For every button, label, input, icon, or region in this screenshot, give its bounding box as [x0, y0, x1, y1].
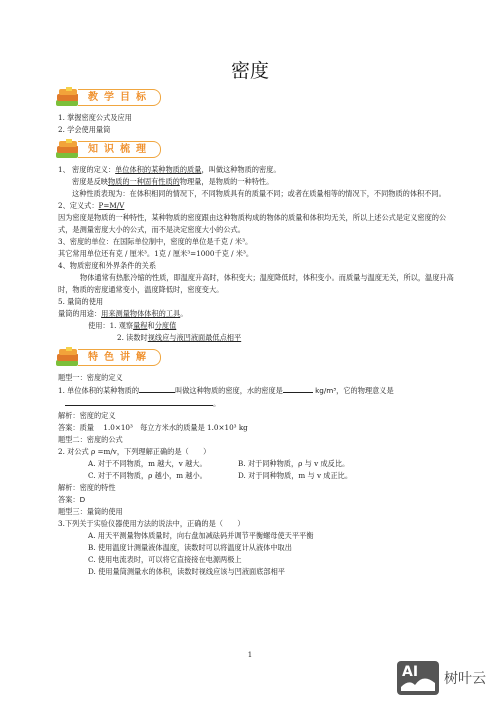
text: kg/m³，它的物理意义是	[313, 386, 394, 395]
text: 物理量，是物质的一种特性。	[180, 177, 273, 186]
question-2-options-row: A. 对于不同物质，m 越大，v 越大。 B. 对于同种物质，ρ 与 v 成反比…	[58, 458, 458, 470]
option-d: D. 对于同种物质，m 与 v 成正比。	[238, 470, 352, 482]
watermark: AI 树叶云	[397, 660, 486, 696]
text: ，叫做这种物质的密度。	[201, 165, 280, 174]
section-header-goals: 教学目标	[54, 85, 458, 111]
option-d: D. 使用量筒测量水的体积，读数时视线应该与凹液面底部相平	[58, 566, 458, 578]
text: 1、 密度的定义：	[58, 165, 115, 174]
question-3: 3.下列关于实验仪器使用方法的说法中，正确的是（ ）	[58, 518, 458, 530]
watermark-text: 树叶云	[444, 668, 486, 688]
analysis: 解析：密度的定义	[58, 410, 458, 422]
usage-step-2: 2. 读数时视线应与液凹液面最低点相平	[58, 332, 458, 344]
section-label: 特色讲解	[78, 349, 161, 366]
paragraph: 5. 量筒的使用	[58, 296, 458, 308]
text: 使用：1. 观察	[88, 321, 133, 330]
question-2-options-row: C. 对于不同物质，ρ 越小，m 越小。 D. 对于同种物质，m 与 v 成正比…	[58, 470, 458, 482]
section-header-knowledge: 知识梳理	[54, 137, 458, 163]
underlined-text: 物质的一种固有性质的	[108, 177, 180, 186]
underlined-text: 单位体积的某种物质的质量	[115, 165, 201, 174]
question-type-heading: 题型三：量筒的使用	[58, 506, 458, 518]
option-c: C. 对于不同物质，ρ 越小，m 越小。	[88, 470, 238, 482]
goal-item: 2. 学会使用量筒	[58, 124, 458, 136]
underlined-text: 用来测量物体体积的工具	[101, 309, 180, 318]
option-a: A. 对于不同物质，m 越大，v 越大。	[88, 458, 238, 470]
question-2: 2. 对公式 ρ =m/v，下列理解正确的是（ ）	[58, 446, 458, 458]
question-1-cont: 。	[58, 397, 458, 410]
option-c: C. 使用电流表时，可以将它直接接在电源两极上	[58, 554, 458, 566]
answer-blank	[139, 384, 175, 393]
document-body: 教学目标 1. 掌握密度公式及应用 2. 学会使用量筒 知识梳理 1、 密度的定…	[58, 84, 458, 578]
formula: P=M/V	[99, 201, 125, 210]
text: 1. 单位体积的某种物质的	[58, 386, 139, 395]
text: 2. 读数时	[117, 333, 148, 342]
section-label: 教学目标	[78, 89, 161, 106]
paragraph: 4、物质密度和外界条件的关系	[58, 260, 458, 272]
underlined-text: 分度值	[155, 321, 177, 330]
option-b: B. 使用温度计测量液体温度，读数时可以将温度计从液体中取出	[58, 542, 458, 554]
paragraph: 3、密度的单位：在国际单位制中，密度的单位是千克 / 米³。	[58, 236, 458, 248]
text: 和	[147, 321, 154, 330]
answer-blank	[65, 397, 213, 406]
section-header-examples: 特色讲解	[54, 345, 458, 371]
text: 量筒的用途：	[58, 309, 101, 318]
text: 。	[213, 399, 220, 408]
formula-line: 2、定义式：P=M/V	[58, 200, 458, 212]
answer: 答案：D	[58, 494, 458, 506]
option-b: B. 对于同种物质，ρ 与 v 成反比。	[238, 458, 349, 470]
goal-item: 1. 掌握密度公式及应用	[58, 112, 458, 124]
underlined-text: 量程	[133, 321, 147, 330]
usage-step-1: 使用：1. 观察量程和分度值	[58, 320, 458, 332]
ai-image-icon: AI	[397, 661, 439, 695]
underlined-text: 视线应与液凹液面最低点相平	[148, 333, 241, 342]
question-1: 1. 单位体积的某种物质的叫做这种物质的密度，水的密度是 kg/m³，它的物理意…	[58, 384, 458, 397]
paragraph: 物体通常有热胀冷缩的性质，即温度升高时，体积变大；温度降低时，体积变小。而质量与…	[58, 272, 458, 296]
usage-line: 量筒的用途：用来测量物体体积的工具。	[58, 308, 458, 320]
answer: 答案：质量 1.0×10³ 每立方米水的质量是 1.0×10³ kg	[58, 422, 458, 434]
paragraph: 因为密度是物质的一种特性，某种物质的密度跟由这种物质构成的物体的质量和体积均无关…	[58, 212, 458, 236]
definition-line: 1、 密度的定义：单位体积的某种物质的质量，叫做这种物质的密度。	[58, 164, 458, 176]
answer-blank	[283, 384, 313, 393]
text: 叫做这种物质的密度，水的密度是	[175, 386, 283, 395]
question-type-heading: 题型一：密度的定义	[58, 372, 458, 384]
paragraph: 这种性质表现为：在体积相同的情况下，不同物质具有的质量不同；或者在质量相等的情况…	[58, 188, 458, 200]
property-line: 密度是反映物质的一种固有性质的物理量，是物质的一种特性。	[58, 176, 458, 188]
question-type-heading: 题型二：密度的公式	[58, 434, 458, 446]
analysis: 解析：密度的特性	[58, 482, 458, 494]
option-a: A. 用天平测量物体质量时，向右盘加减砝码并调节平衡螺母使天平平衡	[58, 530, 458, 542]
text: 。	[180, 309, 187, 318]
text: 密度是反映	[72, 177, 108, 186]
paragraph: 其它常用单位还有克 / 厘米³。1克 / 厘米³=1000千克 / 米³。	[58, 248, 458, 260]
text: 2、定义式：	[58, 201, 99, 210]
page-title: 密度	[0, 56, 500, 83]
page-number: 1	[0, 651, 500, 659]
section-label: 知识梳理	[78, 141, 161, 158]
